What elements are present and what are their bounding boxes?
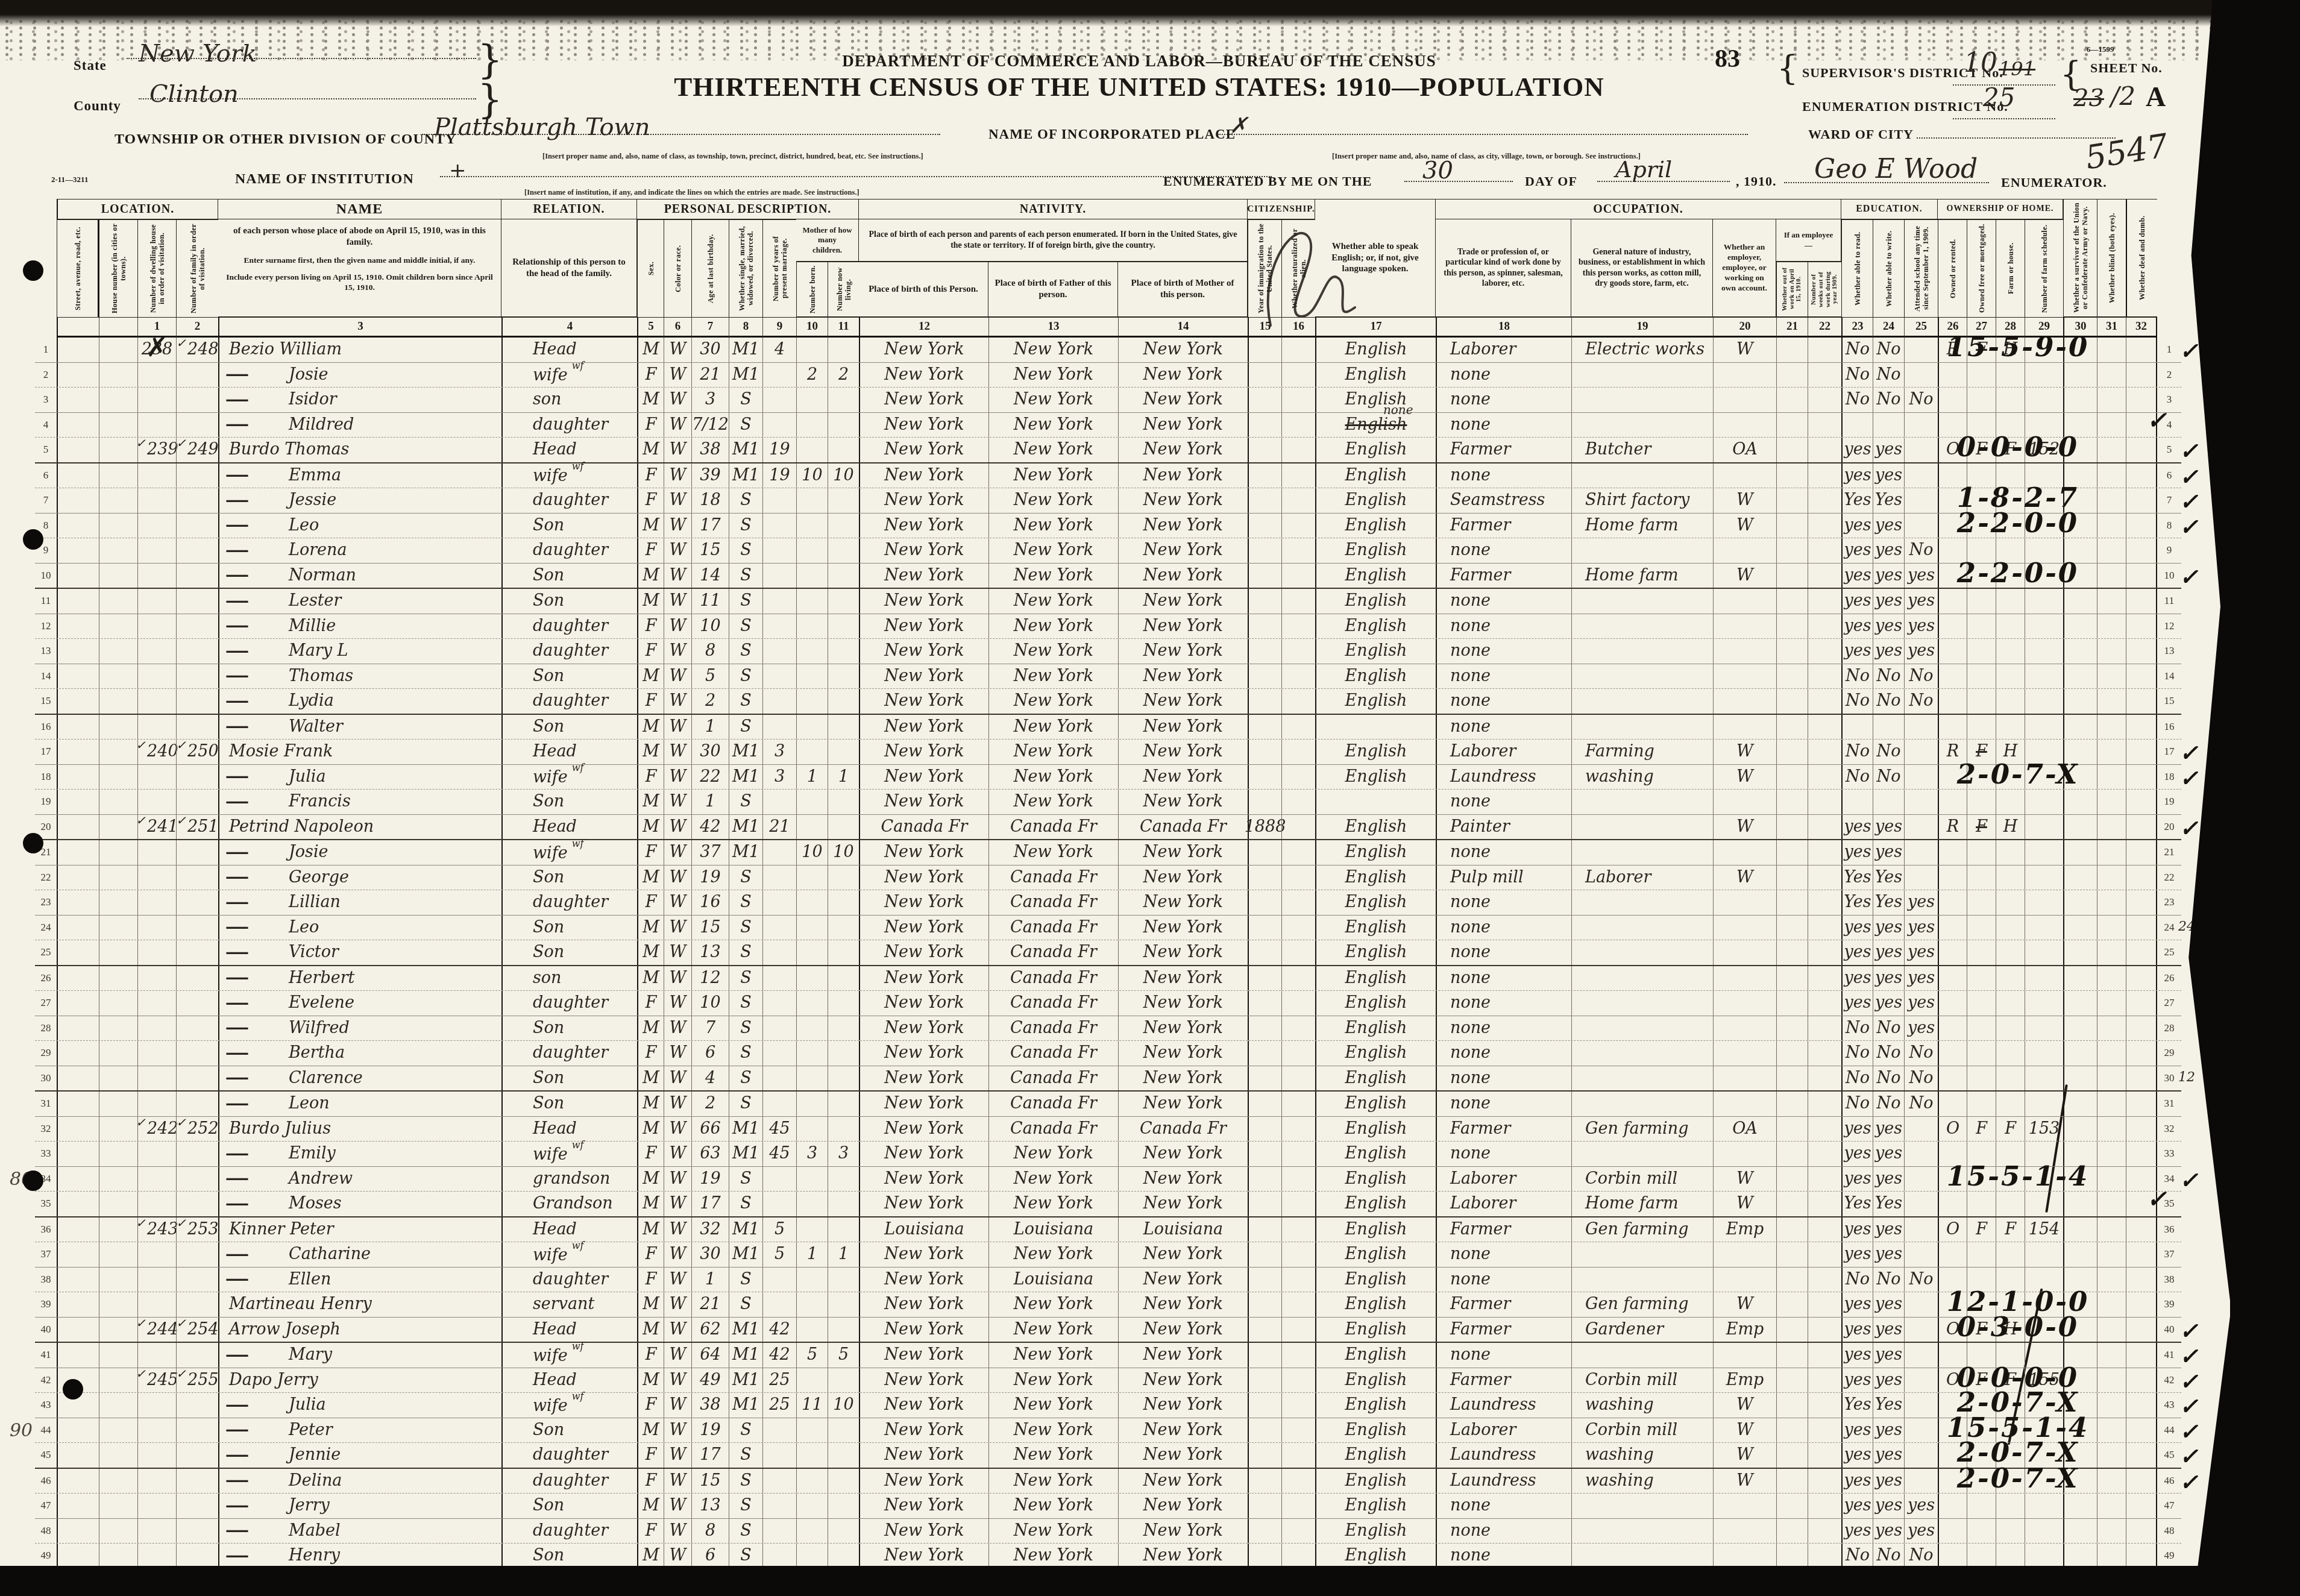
cell-relation: Son — [501, 1092, 637, 1116]
cell-attended-school — [1904, 1418, 1938, 1443]
cell-years-married — [762, 790, 796, 814]
cell-dwelling-number — [137, 790, 176, 814]
cell-birthplace: New York — [859, 1268, 988, 1292]
census-row-14: 14—ThomasSonMW5SNew YorkNew YorkNew York… — [35, 664, 2181, 690]
cell-immigration-year — [1248, 1519, 1281, 1544]
cell-weeks-out-of-work — [1808, 1268, 1841, 1292]
cell-age: 19 — [691, 1418, 729, 1443]
cell-house-number — [99, 664, 137, 689]
cell-person-name: —Emily — [218, 1142, 501, 1166]
census-row-5: 5✓239✓249Burdo ThomasHeadMW38M119New Yor… — [35, 438, 2181, 463]
cell-street — [57, 413, 99, 438]
line-number: 13 — [35, 639, 57, 664]
cell-years-married — [762, 1494, 796, 1518]
cell-deaf-dumb — [2126, 715, 2157, 740]
cell-owned-rented: O — [1938, 1368, 1967, 1393]
cell-free-mortgaged — [1967, 1494, 1996, 1518]
census-row-1: 1238✓248Bezio WilliamHeadMW30M14New York… — [35, 338, 2181, 363]
cell-farm-or-house — [1996, 940, 2025, 965]
cell-naturalized — [1281, 815, 1315, 840]
cell-owned-rented: R — [1938, 740, 1967, 764]
cell-industry: Home farm — [1571, 564, 1713, 588]
cell-civil-war-survivor — [2063, 538, 2097, 563]
cell-can-read: yes — [1841, 966, 1873, 991]
cell-color-race: W — [664, 614, 691, 639]
cell-relation: Son — [501, 715, 637, 740]
col-header-weeks-out: Number of weeks out of work during year … — [1808, 262, 1841, 317]
cell-birthplace: New York — [859, 940, 988, 965]
cell-years-married — [762, 1016, 796, 1041]
cell-marital-status: S — [729, 538, 762, 563]
cell-can-write: No — [1873, 1016, 1904, 1041]
cell-father-birthplace: New York — [988, 1494, 1118, 1518]
cell-birthplace: New York — [859, 614, 988, 639]
cell-children-living: 3 — [828, 1142, 859, 1166]
cell-out-of-work — [1776, 840, 1808, 865]
cell-dwelling-number: ✓240 — [137, 740, 176, 764]
cell-birthplace: New York — [859, 1368, 988, 1393]
cell-dwelling-number — [137, 1142, 176, 1166]
cell-deaf-dumb — [2126, 1443, 2157, 1468]
cell-children-born: 1 — [796, 1242, 828, 1267]
census-row-45: 45—JenniedaughterFW17SNew YorkNew YorkNe… — [35, 1443, 2181, 1469]
cell-children-living — [828, 1443, 859, 1468]
census-row-41: 41—MarywifewfFW64M14255New YorkNew YorkN… — [35, 1343, 2181, 1368]
col-header-color: Color or race. — [664, 219, 691, 317]
cell-immigration-year — [1248, 1368, 1281, 1393]
cell-house-number — [99, 866, 137, 890]
cell-speaks-english: English — [1315, 815, 1436, 840]
cell-out-of-work — [1776, 664, 1808, 689]
cell-children-living — [828, 514, 859, 538]
cell-marital-status: S — [729, 1268, 762, 1292]
cell-farm-or-house — [1996, 564, 2025, 588]
line-number: 22 — [2157, 866, 2181, 890]
cell-house-number — [99, 1469, 137, 1494]
line-number: 36 — [2157, 1217, 2181, 1242]
cell-birthplace: New York — [859, 840, 988, 865]
cell-employer-status — [1713, 363, 1776, 388]
column-number — [57, 317, 99, 338]
cell-person-name: —George — [218, 866, 501, 890]
census-row-15: 15—LydiadaughterFW2SNew YorkNew YorkNew … — [35, 689, 2181, 715]
margin-check: ✓ — [2179, 740, 2198, 766]
cell-owned-rented — [1938, 664, 1967, 689]
cell-speaks-english: English — [1315, 1092, 1436, 1116]
cell-children-born — [796, 890, 828, 915]
cell-employer-status — [1713, 840, 1776, 865]
cell-children-born — [796, 1016, 828, 1041]
census-row-23: 23—LilliandaughterFW16SNew YorkCanada Fr… — [35, 890, 2181, 916]
cell-employer-status: OA — [1713, 438, 1776, 462]
cell-father-birthplace: Louisiana — [988, 1268, 1118, 1292]
cell-dwelling-number — [137, 1469, 176, 1494]
cell-age: 64 — [691, 1343, 729, 1368]
cell-person-name: Arrow Joseph — [218, 1318, 501, 1342]
cell-mother-birthplace: New York — [1118, 1494, 1248, 1518]
cell-free-mortgaged — [1967, 1544, 1996, 1568]
day-line — [1404, 181, 1513, 182]
cell-marital-status: M1 — [729, 1242, 762, 1267]
cell-can-write: yes — [1873, 1142, 1904, 1166]
cell-color-race: W — [664, 564, 691, 588]
cell-farm-schedule — [2025, 564, 2063, 588]
cell-owned-rented — [1938, 715, 1967, 740]
cell-owned-rented — [1938, 1092, 1967, 1116]
cell-out-of-work — [1776, 1318, 1808, 1342]
cell-industry — [1571, 991, 1713, 1016]
cell-immigration-year — [1248, 1443, 1281, 1468]
cell-color-race: W — [664, 790, 691, 814]
cell-weeks-out-of-work — [1808, 1242, 1841, 1267]
cell-occupation: none — [1436, 689, 1571, 714]
cell-children-living — [828, 1469, 859, 1494]
cell-occupation: none — [1436, 388, 1571, 412]
cell-blind — [2097, 1318, 2126, 1342]
cell-deaf-dumb — [2126, 1544, 2157, 1568]
cell-weeks-out-of-work — [1808, 1167, 1841, 1192]
cell-age: 1 — [691, 715, 729, 740]
cell-dwelling-number — [137, 1268, 176, 1292]
cell-blind — [2097, 614, 2126, 639]
cell-blind — [2097, 890, 2126, 915]
cell-farm-or-house — [1996, 1066, 2025, 1091]
cell-can-write: yes — [1873, 1117, 1904, 1142]
cell-sex: M — [637, 1494, 664, 1518]
col-header-employer: Whether an employer, employee, or workin… — [1713, 219, 1776, 317]
cell-person-name: —Catharine — [218, 1242, 501, 1267]
cell-can-write: yes — [1873, 463, 1904, 488]
cell-farm-schedule — [2025, 614, 2063, 639]
cell-color-race: W — [664, 664, 691, 689]
cell-children-born — [796, 1368, 828, 1393]
enum-year: , 1910. — [1736, 174, 1777, 189]
cell-weeks-out-of-work — [1808, 1142, 1841, 1166]
cell-deaf-dumb — [2126, 916, 2157, 940]
cell-children-living — [828, 1368, 859, 1393]
cell-employer-status — [1713, 991, 1776, 1016]
cell-person-name: —Leo — [218, 916, 501, 940]
cell-free-mortgaged — [1967, 790, 1996, 814]
line-number: 21 — [2157, 840, 2181, 865]
cell-can-write: Yes — [1873, 890, 1904, 915]
line-number: 47 — [35, 1494, 57, 1518]
col-header-dwelling-number: Number of dwelling house in order of vis… — [137, 219, 176, 317]
cell-relation: Son — [501, 1066, 637, 1091]
cell-children-born — [796, 438, 828, 462]
cell-farm-or-house — [1996, 538, 2025, 563]
cell-sex: M — [637, 1292, 664, 1317]
cell-owned-rented — [1938, 1292, 1967, 1317]
cell-sex: M — [637, 1217, 664, 1242]
cell-industry: Corbin mill — [1571, 1167, 1713, 1192]
cell-industry: Gen farming — [1571, 1117, 1713, 1142]
census-row-28: 28—WilfredSonMW7SNew YorkCanada FrNew Yo… — [35, 1016, 2181, 1041]
cell-children-living — [828, 715, 859, 740]
cell-sex: M — [637, 1016, 664, 1041]
cell-employer-status — [1713, 413, 1776, 438]
cell-can-write: No — [1873, 765, 1904, 790]
cell-deaf-dumb — [2126, 1092, 2157, 1116]
census-row-49: 49—HenrySonMW6SNew YorkNew YorkNew YorkE… — [35, 1544, 2181, 1569]
cell-family-number — [176, 1292, 218, 1317]
cell-family-number — [176, 790, 218, 814]
census-row-13: 13—Mary LdaughterFW8SNew YorkNew YorkNew… — [35, 639, 2181, 664]
cell-occupation: none — [1436, 614, 1571, 639]
cell-children-born — [796, 538, 828, 563]
cell-person-name: —Jennie — [218, 1443, 501, 1468]
cell-civil-war-survivor — [2063, 1016, 2097, 1041]
margin-check: ✓ — [2179, 765, 2198, 791]
ed-line — [1953, 118, 2055, 119]
census-row-29: 29—BerthadaughterFW6SNew YorkCanada FrNe… — [35, 1041, 2181, 1066]
column-number: 31 — [2097, 317, 2126, 338]
cell-age: 38 — [691, 438, 729, 462]
cell-can-read: yes — [1841, 991, 1873, 1016]
cell-birthplace: New York — [859, 514, 988, 538]
cell-occupation: none — [1436, 916, 1571, 940]
cell-out-of-work — [1776, 1494, 1808, 1518]
cell-can-read: No — [1841, 740, 1873, 764]
cell-age: 8 — [691, 639, 729, 664]
cell-civil-war-survivor — [2063, 614, 2097, 639]
line-number: 45 — [35, 1443, 57, 1468]
cell-house-number — [99, 815, 137, 840]
cell-family-number: ✓250 — [176, 740, 218, 764]
cell-marital-status: S — [729, 413, 762, 438]
line-number: 7 — [35, 488, 57, 513]
cell-sex: F — [637, 639, 664, 664]
cell-farm-schedule — [2025, 1167, 2063, 1192]
cell-farm-schedule — [2025, 1192, 2063, 1216]
cell-immigration-year — [1248, 388, 1281, 412]
cell-farm-or-house — [1996, 363, 2025, 388]
name-desc-3: Include every person living on April 15,… — [218, 269, 501, 297]
cell-dwelling-number — [137, 715, 176, 740]
cell-color-race: W — [664, 966, 691, 991]
cell-immigration-year — [1248, 1142, 1281, 1166]
cell-naturalized — [1281, 1066, 1315, 1091]
cell-dwelling-number — [137, 1242, 176, 1267]
cell-weeks-out-of-work — [1808, 1368, 1841, 1393]
cell-immigration-year — [1248, 740, 1281, 764]
cell-mother-birthplace: New York — [1118, 1092, 1248, 1116]
cell-can-write: Yes — [1873, 1192, 1904, 1216]
cell-marital-status: S — [729, 866, 762, 890]
cell-children-born — [796, 1041, 828, 1066]
cell-birthplace: Louisiana — [859, 1217, 988, 1242]
cell-years-married: 3 — [762, 765, 796, 790]
column-number: 27 — [1967, 317, 1996, 338]
cell-owned-rented — [1938, 514, 1967, 538]
cell-deaf-dumb — [2126, 790, 2157, 814]
cell-speaks-english: English — [1315, 1519, 1436, 1544]
cell-birthplace: New York — [859, 388, 988, 412]
col-header-name: of each person whose place of abode on A… — [218, 219, 501, 317]
cell-house-number — [99, 916, 137, 940]
cell-speaks-english: English — [1315, 664, 1436, 689]
cell-employer-status: Emp — [1713, 1368, 1776, 1393]
cell-can-read: yes — [1841, 1117, 1873, 1142]
enumerated-day: 30 — [1422, 158, 1453, 183]
cell-out-of-work — [1776, 1167, 1808, 1192]
cell-weeks-out-of-work — [1808, 639, 1841, 664]
cell-children-born — [796, 564, 828, 588]
cell-family-number — [176, 664, 218, 689]
cell-farm-schedule — [2025, 1268, 2063, 1292]
line-number: 38 — [35, 1268, 57, 1292]
census-sheet-scan: State New York } County Clinton } DEPART… — [0, 0, 2300, 1596]
cell-employer-status: W — [1713, 740, 1776, 764]
cell-deaf-dumb — [2126, 413, 2157, 438]
cell-blind — [2097, 363, 2126, 388]
cell-naturalized — [1281, 1117, 1315, 1142]
cell-person-name: Burdo Thomas — [218, 438, 501, 462]
cell-attended-school: No — [1904, 689, 1938, 714]
line-number: 20 — [2157, 815, 2181, 840]
line-number: 11 — [2157, 589, 2181, 614]
cell-can-write: yes — [1873, 614, 1904, 639]
cell-speaks-english: English — [1315, 463, 1436, 488]
cell-out-of-work — [1776, 1092, 1808, 1116]
cell-house-number — [99, 488, 137, 513]
cell-years-married — [762, 1469, 796, 1494]
cell-farm-schedule — [2025, 740, 2063, 764]
group-personal-description: PERSONAL DESCRIPTION. — [637, 199, 859, 219]
census-row-8: 8—LeoSonMW17SNew YorkNew YorkNew YorkEng… — [35, 514, 2181, 539]
cell-dwelling-number — [137, 1066, 176, 1091]
cell-weeks-out-of-work — [1808, 1343, 1841, 1368]
cell-attended-school — [1904, 1167, 1938, 1192]
cell-street — [57, 1041, 99, 1066]
census-row-35: 35—MosesGrandsonMW17SNew YorkNew YorkNew… — [35, 1192, 2181, 1217]
cell-sex: M — [637, 1117, 664, 1142]
cell-occupation: none — [1436, 1142, 1571, 1166]
cell-deaf-dumb — [2126, 1016, 2157, 1041]
cell-naturalized — [1281, 1418, 1315, 1443]
scan-noise — [0, 18, 2230, 60]
cell-children-born — [796, 614, 828, 639]
cell-children-living: 5 — [828, 1343, 859, 1368]
cell-years-married — [762, 614, 796, 639]
cell-children-living: 1 — [828, 765, 859, 790]
cell-farm-or-house: F — [1996, 438, 2025, 462]
cell-children-living — [828, 413, 859, 438]
cell-sex: F — [637, 1242, 664, 1267]
township-label: TOWNSHIP OR OTHER DIVISION OF COUNTY — [115, 131, 456, 148]
cell-occupation: none — [1436, 790, 1571, 814]
cell-free-mortgaged — [1967, 514, 1996, 538]
cell-birthplace: New York — [859, 488, 988, 513]
cell-blind — [2097, 765, 2126, 790]
cell-civil-war-survivor — [2063, 1217, 2097, 1242]
cell-occupation: none — [1436, 1544, 1571, 1568]
cell-out-of-work — [1776, 1544, 1808, 1568]
cell-civil-war-survivor — [2063, 639, 2097, 664]
cell-marital-status: M1 — [729, 1117, 762, 1142]
cell-can-write: yes — [1873, 538, 1904, 563]
cell-blind — [2097, 388, 2126, 412]
cell-family-number — [176, 991, 218, 1016]
cell-attended-school — [1904, 1142, 1938, 1166]
cell-farm-or-house — [1996, 1167, 2025, 1192]
cell-employer-status: W — [1713, 1192, 1776, 1216]
cell-relation: Head — [501, 740, 637, 764]
cell-age: 3 — [691, 388, 729, 412]
cell-naturalized — [1281, 1016, 1315, 1041]
cell-birthplace: New York — [859, 715, 988, 740]
cell-employer-status — [1713, 1092, 1776, 1116]
cell-industry — [1571, 1519, 1713, 1544]
cell-person-name: —Lydia — [218, 689, 501, 714]
line-number: 22 — [35, 866, 57, 890]
cell-house-number — [99, 538, 137, 563]
cell-occupation: none — [1436, 1041, 1571, 1066]
cell-naturalized — [1281, 488, 1315, 513]
cell-owned-rented — [1938, 639, 1967, 664]
cell-color-race: W — [664, 991, 691, 1016]
cell-father-birthplace: New York — [988, 1519, 1118, 1544]
cell-occupation: none — [1436, 1016, 1571, 1041]
cell-owned-rented — [1938, 1268, 1967, 1292]
cell-civil-war-survivor — [2063, 815, 2097, 840]
cell-out-of-work — [1776, 1117, 1808, 1142]
cell-employer-status — [1713, 790, 1776, 814]
cell-can-read: yes — [1841, 438, 1873, 462]
cell-out-of-work — [1776, 1142, 1808, 1166]
cell-relation: wifewf — [501, 1393, 637, 1418]
census-row-47: 47—JerrySonMW13SNew YorkNew YorkNew York… — [35, 1494, 2181, 1519]
cell-farm-or-house — [1996, 1443, 2025, 1468]
cell-occupation: none — [1436, 463, 1571, 488]
cell-children-born — [796, 1469, 828, 1494]
cell-industry — [1571, 413, 1713, 438]
cell-mother-birthplace: Canada Fr — [1118, 815, 1248, 840]
cell-farm-schedule — [2025, 1242, 2063, 1267]
cell-color-race: W — [664, 940, 691, 965]
cell-immigration-year — [1248, 1268, 1281, 1292]
cell-immigration-year — [1248, 538, 1281, 563]
cell-street — [57, 1292, 99, 1317]
cell-weeks-out-of-work — [1808, 614, 1841, 639]
cell-color-race: W — [664, 413, 691, 438]
cell-attended-school — [1904, 740, 1938, 764]
table-body: 1238✓248Bezio WilliamHeadMW30M14New York… — [35, 338, 2181, 1596]
cell-civil-war-survivor — [2063, 1519, 2097, 1544]
cell-occupation: Farmer — [1436, 1117, 1571, 1142]
col-header-house-number: House number (in cities or towns). — [99, 219, 137, 317]
cell-marital-status: S — [729, 639, 762, 664]
cell-can-write: yes — [1873, 991, 1904, 1016]
cell-speaks-english: English — [1315, 1217, 1436, 1242]
cell-speaks-english: English — [1315, 916, 1436, 940]
census-row-7: 7—JessiedaughterFW18SNew YorkNew YorkNew… — [35, 488, 2181, 514]
cell-owned-rented — [1938, 1192, 1967, 1216]
cell-person-name: —Julia — [218, 1393, 501, 1418]
cell-civil-war-survivor — [2063, 1167, 2097, 1192]
cell-industry: Shirt factory — [1571, 488, 1713, 513]
cell-blind — [2097, 589, 2126, 614]
cell-can-read: yes — [1841, 564, 1873, 588]
cell-attended-school — [1904, 1192, 1938, 1216]
cell-family-number — [176, 1418, 218, 1443]
cell-immigration-year — [1248, 338, 1281, 362]
cell-house-number — [99, 940, 137, 965]
cell-family-number — [176, 1268, 218, 1292]
cell-farm-or-house — [1996, 991, 2025, 1016]
cell-civil-war-survivor — [2063, 1066, 2097, 1091]
cell-years-married — [762, 538, 796, 563]
